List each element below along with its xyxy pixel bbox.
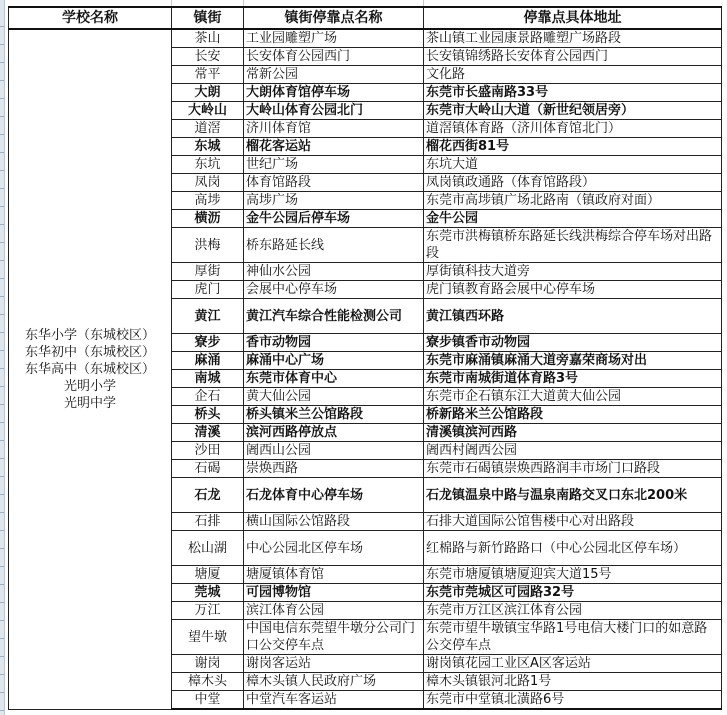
table-body: 东华小学（东城校区）东华初中（东城校区）东华高中（东城校区）光明小学光明中学茶山… bbox=[9, 29, 722, 709]
address-cell[interactable]: 东莞市企石镇东江大道黄大仙公园 bbox=[424, 388, 722, 406]
stop-name-cell[interactable]: 高埗广场 bbox=[244, 192, 424, 210]
stop-name-cell[interactable]: 麻涌中心广场 bbox=[244, 352, 424, 370]
header-stop-name[interactable]: 镇街停靠点名称 bbox=[244, 7, 424, 29]
town-cell[interactable]: 莞城 bbox=[172, 584, 244, 602]
town-cell[interactable]: 凤岗 bbox=[172, 174, 244, 192]
address-cell[interactable]: 凤岗镇政通路（体育馆路段） bbox=[424, 174, 722, 192]
row-gridline-tick bbox=[0, 458, 4, 459]
row-gridline-tick bbox=[0, 530, 4, 531]
address-cell[interactable]: 谢岗镇花园工业区A区客运站 bbox=[424, 655, 722, 673]
address-cell[interactable]: 东莞市高埗镇广场北路南（镇政府对面） bbox=[424, 192, 722, 210]
address-cell[interactable]: 阇西村阇西公园 bbox=[424, 442, 722, 460]
town-cell[interactable]: 寮步 bbox=[172, 334, 244, 352]
header-school[interactable]: 学校名称 bbox=[9, 7, 172, 29]
row-gridline-tick bbox=[0, 674, 4, 675]
stop-name-cell[interactable]: 济川体育馆 bbox=[244, 120, 424, 138]
header-town[interactable]: 镇街 bbox=[172, 7, 244, 29]
stop-name-cell[interactable]: 可园博物馆 bbox=[244, 584, 424, 602]
row-gridline-tick bbox=[0, 512, 4, 513]
row-gridline-tick bbox=[0, 332, 4, 333]
stop-name-cell[interactable]: 谢岗客运站 bbox=[244, 655, 424, 673]
row-gridline-tick bbox=[0, 404, 4, 405]
town-cell[interactable]: 桥头 bbox=[172, 406, 244, 424]
row-gridline-tick bbox=[0, 170, 4, 171]
stop-name-cell[interactable]: 中堂汽车客运站 bbox=[244, 691, 424, 710]
row-gridline-tick bbox=[0, 566, 4, 567]
address-cell[interactable]: 东坑大道 bbox=[424, 156, 722, 174]
town-cell[interactable]: 企石 bbox=[172, 388, 244, 406]
stop-name-cell[interactable]: 崇焕西路 bbox=[244, 460, 424, 478]
row-gridline-tick bbox=[0, 710, 4, 711]
stop-name-cell[interactable]: 黄大仙公园 bbox=[244, 388, 424, 406]
address-cell[interactable]: 寮步镇香市动物园 bbox=[424, 334, 722, 352]
row-header-gutter bbox=[0, 0, 5, 715]
town-cell[interactable]: 麻涌 bbox=[172, 352, 244, 370]
table-row: 东华小学（东城校区）东华初中（东城校区）东华高中（东城校区）光明小学光明中学茶山… bbox=[9, 29, 722, 48]
address-cell[interactable]: 东莞市麻涌镇麻涌大道旁嘉荣商场对出 bbox=[424, 352, 722, 370]
row-gridline-tick bbox=[0, 62, 4, 63]
address-cell[interactable]: 榴花西街81号 bbox=[424, 138, 722, 156]
town-cell[interactable]: 道滘 bbox=[172, 120, 244, 138]
row-gridline-tick bbox=[0, 152, 4, 153]
school-names-cell[interactable]: 东华小学（东城校区）东华初中（东城校区）东华高中（东城校区）光明小学光明中学 bbox=[9, 29, 172, 709]
stop-name-cell[interactable]: 榴花客运站 bbox=[244, 138, 424, 156]
town-cell[interactable]: 横沥 bbox=[172, 210, 244, 228]
stop-name-cell[interactable]: 滨河西路停放点 bbox=[244, 424, 424, 442]
address-cell[interactable]: 桥新路米兰公馆路段 bbox=[424, 406, 722, 424]
row-gridline-tick bbox=[0, 386, 4, 387]
address-cell[interactable]: 东莞市万江区滨江体育公园 bbox=[424, 602, 722, 620]
stop-name-cell[interactable]: 世纪广场 bbox=[244, 156, 424, 174]
row-gridline-tick bbox=[0, 350, 4, 351]
town-cell[interactable]: 望牛墩 bbox=[172, 620, 244, 655]
town-cell[interactable]: 常平 bbox=[172, 66, 244, 84]
stop-name-cell[interactable]: 塘厦镇体育馆 bbox=[244, 566, 424, 584]
row-gridline-tick bbox=[0, 422, 4, 423]
row-gridline-tick bbox=[0, 368, 4, 369]
row-gridline-tick bbox=[0, 224, 4, 225]
stop-name-cell[interactable]: 桥东路延长线 bbox=[244, 228, 424, 263]
school-name: 光明小学 bbox=[11, 378, 169, 395]
stop-name-cell[interactable]: 滨江体育公园 bbox=[244, 602, 424, 620]
address-cell[interactable]: 东莞市洪梅镇桥东路延长线洪梅综合停车场对出路段 bbox=[424, 228, 722, 263]
header-address[interactable]: 停靠点具体地址 bbox=[424, 7, 722, 29]
town-cell[interactable]: 黄江 bbox=[172, 299, 244, 334]
town-cell[interactable]: 厚街 bbox=[172, 263, 244, 281]
row-gridline-tick bbox=[0, 548, 4, 549]
address-cell[interactable]: 东莞市石碣镇崇焕西路润丰市场门口路段 bbox=[424, 460, 722, 478]
stop-name-cell[interactable]: 石龙体育中心停车场 bbox=[244, 478, 424, 513]
stop-name-cell[interactable]: 樟木头镇人民政府广场 bbox=[244, 673, 424, 691]
town-cell[interactable]: 大朗 bbox=[172, 84, 244, 102]
address-cell[interactable]: 金牛公园 bbox=[424, 210, 722, 228]
row-gridline-tick bbox=[0, 260, 4, 261]
row-gridline-tick bbox=[0, 476, 4, 477]
town-cell[interactable]: 东城 bbox=[172, 138, 244, 156]
town-cell[interactable]: 大岭山 bbox=[172, 102, 244, 120]
address-cell[interactable]: 虎门镇教育路会展中心停车场 bbox=[424, 281, 722, 299]
row-gridline-tick bbox=[0, 98, 4, 99]
address-cell[interactable]: 东莞市大岭山大道（新世纪领居旁） bbox=[424, 102, 722, 120]
address-cell[interactable]: 石龙镇温泉中路与温泉南路交叉口东北200米 bbox=[424, 478, 722, 513]
town-cell[interactable]: 石排 bbox=[172, 513, 244, 531]
school-name: 东华初中（东城校区） bbox=[11, 344, 169, 361]
town-cell[interactable]: 万江 bbox=[172, 602, 244, 620]
stop-name-cell[interactable]: 长安体育公园西门 bbox=[244, 48, 424, 66]
row-gridline-tick bbox=[0, 602, 4, 603]
row-gridline-tick bbox=[0, 206, 4, 207]
town-cell[interactable]: 塘厦 bbox=[172, 566, 244, 584]
address-cell[interactable]: 红棉路与新竹路路口（中心公园北区停车场） bbox=[424, 531, 722, 566]
town-cell[interactable]: 石龙 bbox=[172, 478, 244, 513]
stop-name-cell[interactable]: 黄江汽车综合性能检测公司 bbox=[244, 299, 424, 334]
town-cell[interactable]: 樟木头 bbox=[172, 673, 244, 691]
stop-name-cell[interactable]: 大岭山体育公园北门 bbox=[244, 102, 424, 120]
address-cell[interactable]: 东莞市望牛墩镇宝华路1号电信大楼门口的如意路公交停车点 bbox=[424, 620, 722, 655]
row-gridline-tick bbox=[0, 242, 4, 243]
address-cell[interactable]: 文化路 bbox=[424, 66, 722, 84]
stop-name-cell[interactable]: 横山国际公馆路段 bbox=[244, 513, 424, 531]
row-gridline-tick bbox=[0, 314, 4, 315]
bus-stop-table: 学校名称 镇街 镇街停靠点名称 停靠点具体地址 东华小学（东城校区）东华初中（东… bbox=[8, 6, 722, 710]
stop-name-cell[interactable]: 常新公园 bbox=[244, 66, 424, 84]
stop-name-cell[interactable]: 中心公园北区停车场 bbox=[244, 531, 424, 566]
stop-name-cell[interactable]: 香市动物园 bbox=[244, 334, 424, 352]
address-cell[interactable]: 东莞市塘厦镇塘厦迎宾大道15号 bbox=[424, 566, 722, 584]
address-cell[interactable]: 东莞市中堂镇北潢路6号 bbox=[424, 691, 722, 710]
row-gridline-tick bbox=[0, 134, 4, 135]
row-gridline-tick bbox=[0, 188, 4, 189]
row-gridline-tick bbox=[0, 620, 4, 621]
stop-name-cell[interactable]: 金牛公园后停车场 bbox=[244, 210, 424, 228]
town-cell[interactable]: 中堂 bbox=[172, 691, 244, 710]
town-cell[interactable]: 南城 bbox=[172, 370, 244, 388]
row-gridline-tick bbox=[0, 638, 4, 639]
address-cell[interactable]: 茶山镇工业园康景路雕塑广场路段 bbox=[424, 29, 722, 48]
town-cell[interactable]: 长安 bbox=[172, 48, 244, 66]
row-gridline-tick bbox=[0, 44, 4, 45]
town-cell[interactable]: 沙田 bbox=[172, 442, 244, 460]
address-cell[interactable]: 长安镇锦绣路长安体育公园西门 bbox=[424, 48, 722, 66]
header-row: 学校名称 镇街 镇街停靠点名称 停靠点具体地址 bbox=[9, 7, 722, 29]
address-cell[interactable]: 东莞市南城街道体育路3号 bbox=[424, 370, 722, 388]
school-name: 光明中学 bbox=[11, 395, 169, 412]
stop-name-cell[interactable]: 中国电信东莞望牛墩分公司门口公交停车点 bbox=[244, 620, 424, 655]
town-cell[interactable]: 高埗 bbox=[172, 192, 244, 210]
stop-name-cell[interactable]: 阇西山公园 bbox=[244, 442, 424, 460]
row-gridline-tick bbox=[0, 494, 4, 495]
address-cell[interactable]: 道滘镇体育路（济川体育馆北门） bbox=[424, 120, 722, 138]
town-cell[interactable]: 东坑 bbox=[172, 156, 244, 174]
stop-name-cell[interactable]: 东莞市体育中心 bbox=[244, 370, 424, 388]
town-cell[interactable]: 洪梅 bbox=[172, 228, 244, 263]
town-cell[interactable]: 石碣 bbox=[172, 460, 244, 478]
address-cell[interactable]: 东莞市莞城区可园路32号 bbox=[424, 584, 722, 602]
school-name: 东华小学（东城校区） bbox=[11, 327, 169, 344]
town-cell[interactable]: 茶山 bbox=[172, 29, 244, 48]
stop-name-cell[interactable]: 桥头镇米兰公馆路段 bbox=[244, 406, 424, 424]
address-cell[interactable]: 东莞市长盛南路33号 bbox=[424, 84, 722, 102]
stop-name-cell[interactable]: 会展中心停车场 bbox=[244, 281, 424, 299]
row-gridline-tick bbox=[0, 116, 4, 117]
stop-name-cell[interactable]: 大朗体育馆停车场 bbox=[244, 84, 424, 102]
row-gridline-tick bbox=[0, 692, 4, 693]
address-cell[interactable]: 清溪镇滨河西路 bbox=[424, 424, 722, 442]
address-cell[interactable]: 石排大道国际公馆售楼中心对出路段 bbox=[424, 513, 722, 531]
stop-name-cell[interactable]: 工业园雕塑广场 bbox=[244, 29, 424, 48]
row-gridline-tick bbox=[0, 584, 4, 585]
town-cell[interactable]: 谢岗 bbox=[172, 655, 244, 673]
row-gridline-tick bbox=[0, 440, 4, 441]
address-cell[interactable]: 厚街镇科技大道旁 bbox=[424, 263, 722, 281]
town-cell[interactable]: 松山湖 bbox=[172, 531, 244, 566]
town-cell[interactable]: 清溪 bbox=[172, 424, 244, 442]
row-gridline-tick bbox=[0, 656, 4, 657]
row-gridline-tick bbox=[0, 80, 4, 81]
stop-name-cell[interactable]: 体育馆路段 bbox=[244, 174, 424, 192]
address-cell[interactable]: 黄江镇西环路 bbox=[424, 299, 722, 334]
address-cell[interactable]: 樟木头镇银河北路1号 bbox=[424, 673, 722, 691]
row-gridline-tick bbox=[0, 26, 4, 27]
stop-name-cell[interactable]: 神仙水公园 bbox=[244, 263, 424, 281]
row-gridline-tick bbox=[0, 278, 4, 279]
row-gridline-tick bbox=[0, 296, 4, 297]
school-name: 东华高中（东城校区） bbox=[11, 361, 169, 378]
town-cell[interactable]: 虎门 bbox=[172, 281, 244, 299]
